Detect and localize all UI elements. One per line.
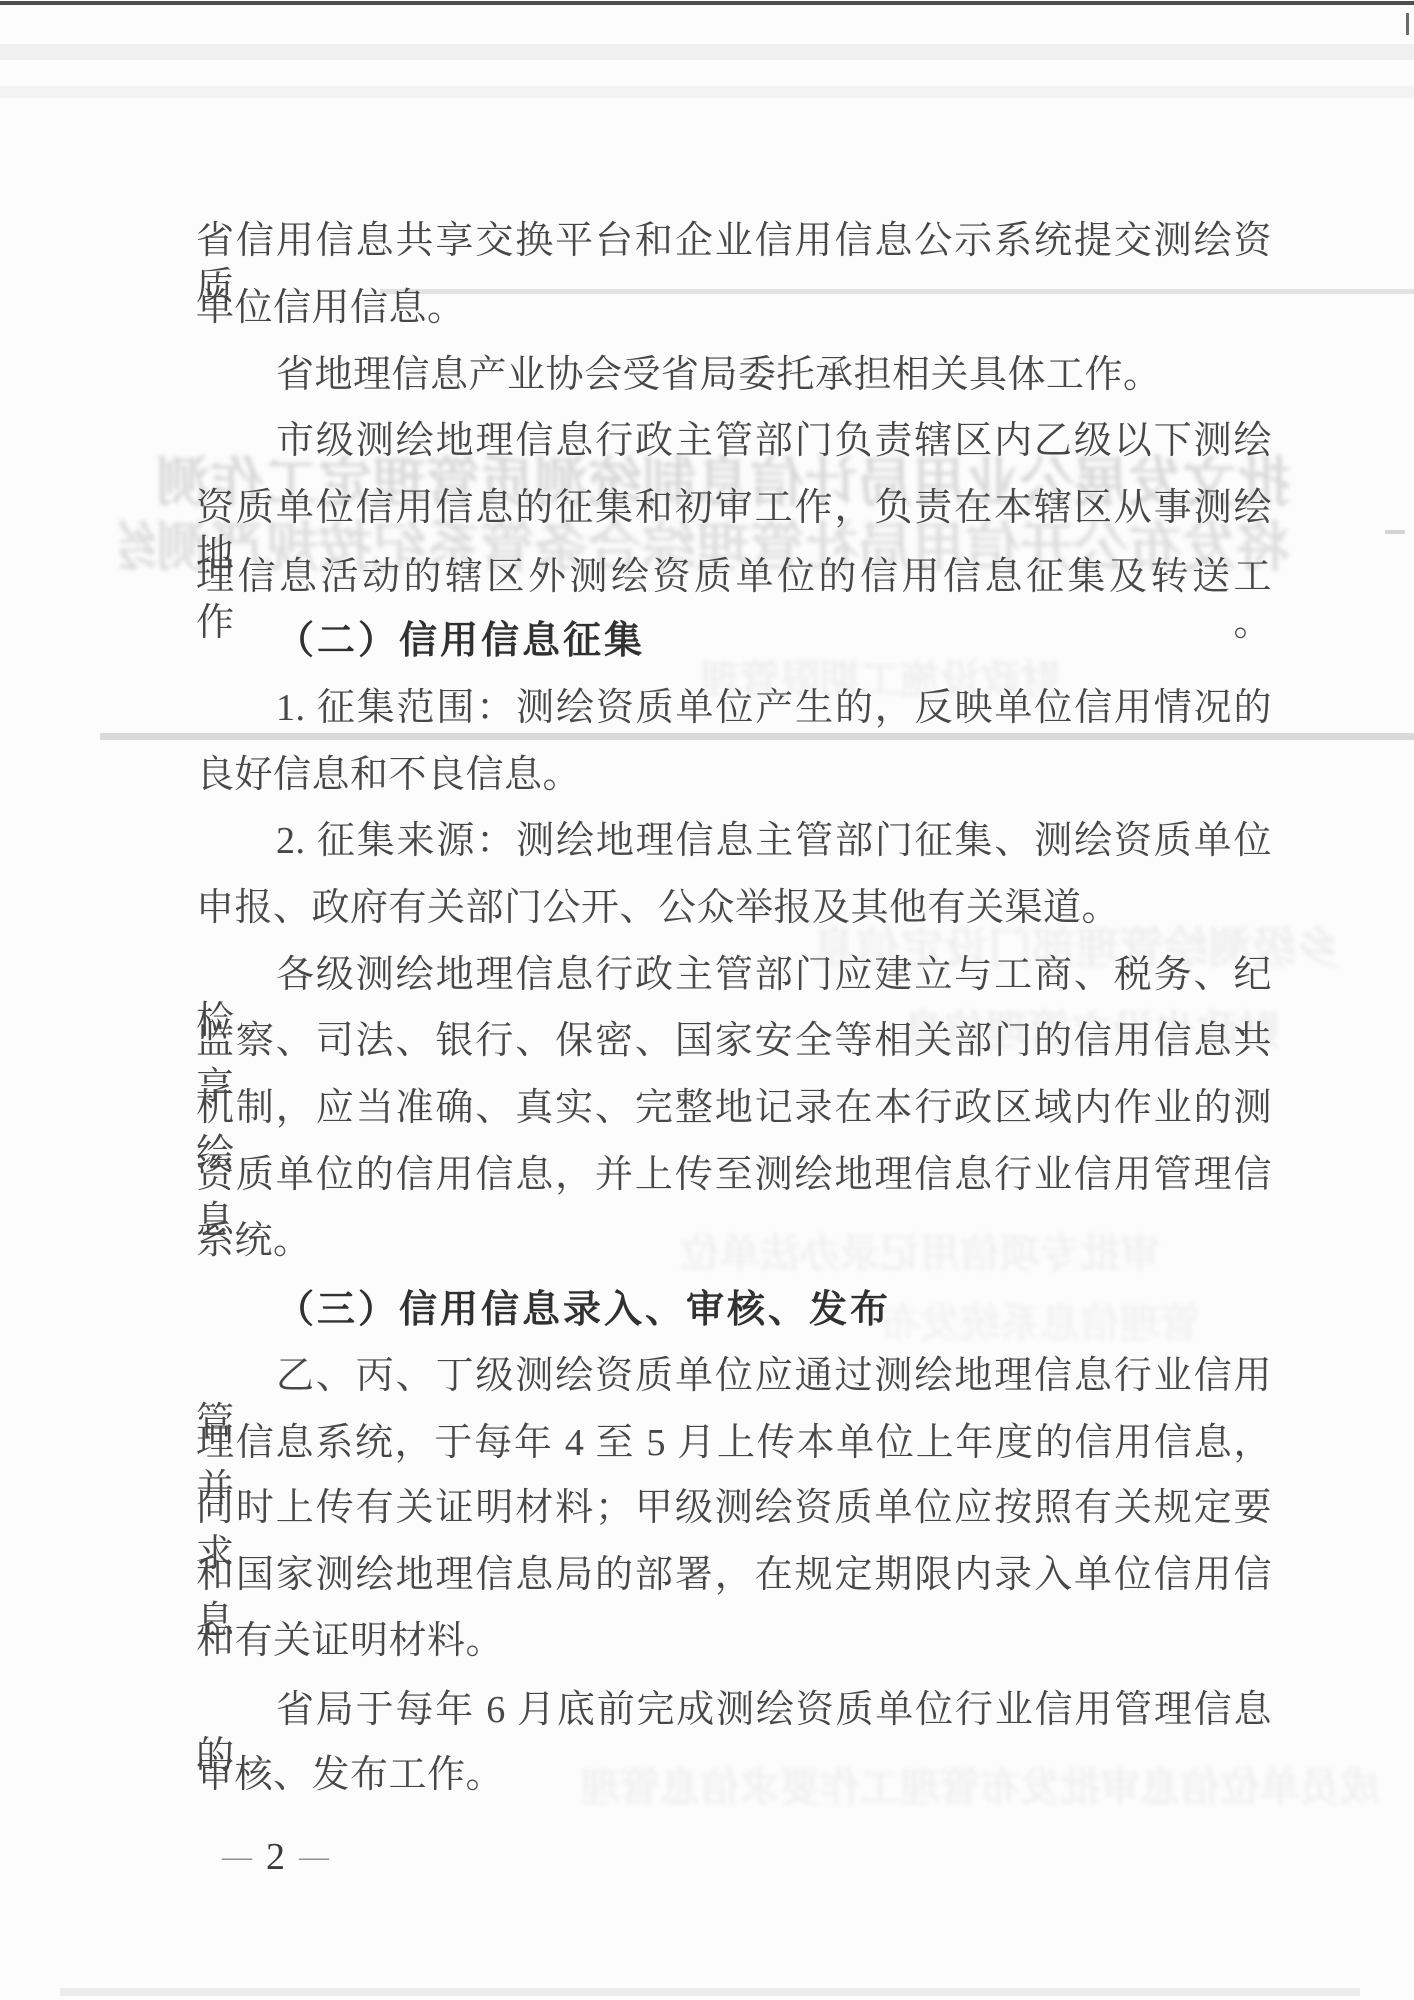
text-line: 良好信息和不良信息。	[196, 752, 1272, 798]
text-line: 1. 征集范围：测绘资质单位产生的，反映单位信用情况的	[196, 685, 1272, 731]
text-line: 审核、发布工作。	[196, 1752, 1272, 1798]
text-line: 省地理信息产业协会受省局委托承担相关具体工作。	[196, 352, 1272, 398]
text-line: 申报、政府有关部门公开、公众举报及其他有关渠道。	[196, 885, 1272, 931]
scan-speck	[1385, 530, 1405, 534]
footer-dash: —	[299, 1842, 329, 1872]
scan-edge-tick	[1406, 13, 1409, 35]
section-heading: （二）信用信息征集	[196, 618, 1272, 664]
scan-top-rule	[0, 1, 1414, 5]
scan-smudge-band	[0, 86, 1414, 98]
scanned-document-page: 批文发展公业用局计信息制统测质管理定工作测 将发布公开信用局社管理综合条管系纪按…	[0, 0, 1414, 2000]
page-number: — 2 —	[222, 1838, 329, 1876]
footer-page-num: 2	[266, 1838, 285, 1876]
footer-dash: —	[222, 1842, 252, 1872]
scan-smudge-band	[0, 44, 1414, 60]
scan-bottom-smudge	[60, 1988, 1360, 1996]
scan-streak	[100, 733, 1414, 740]
text-line: 市级测绘地理信息行政主管部门负责辖区内乙级以下测绘	[196, 418, 1272, 464]
text-line: 系统。	[196, 1218, 1272, 1264]
text-line: 单位信用信息。	[196, 285, 1272, 331]
section-heading: （三）信用信息录入、审核、发布	[196, 1287, 1272, 1333]
text-line: 2. 征集来源：测绘地理信息主管部门征集、测绘资质单位	[196, 818, 1272, 864]
text-line: 和有关证明材料。	[196, 1618, 1272, 1664]
